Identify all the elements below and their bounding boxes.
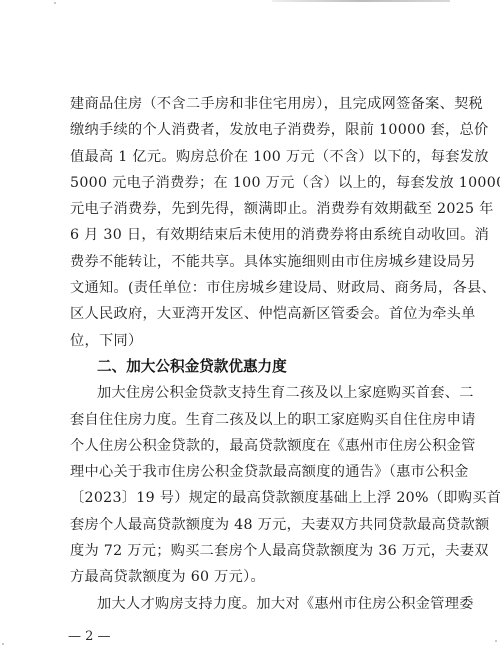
document-page: 建商品住房（不含二手房和非住宅用房），且完成网签备案、契税 缴纳手续的个人消费者…	[70, 91, 452, 617]
text-line: 6 月 30 日，有效期结束后未使用的消费券将由系统自动收回。消	[70, 222, 452, 248]
text-line: 加大住房公积金贷款支持生育二孩及以上家庭购买首套、二	[70, 380, 452, 406]
text-line: 方最高贷款额度为 60 万元）。	[70, 564, 452, 590]
text-line: 理中心关于我市住房公积金贷款最高额度的通告》（惠市公积金	[70, 459, 452, 485]
text-line: 个人住房公积金贷款的，最高贷款额度在《惠州市住房公积金管	[70, 433, 452, 459]
text-line: 建商品住房（不含二手房和非住宅用房），且完成网签备案、契税	[70, 91, 452, 117]
scan-edge-artifact	[272, 0, 450, 2]
paragraph-consumption-voucher: 建商品住房（不含二手房和非住宅用房），且完成网签备案、契税 缴纳手续的个人消费者…	[70, 91, 452, 354]
text-line: 加大人才购房支持力度。加大对《惠州市住房公积金管理委	[70, 591, 452, 617]
text-line: 费券不能转让，不能共享。具体实施细则由市住房城乡建设局另	[70, 249, 452, 275]
text-line: 区人民政府，大亚湾开发区、仲恺高新区管委会。首位为牵头单	[70, 301, 452, 327]
text-line: 套房个人最高贷款额度为 48 万元，夫妻双方共同贷款最高贷款额	[70, 512, 452, 538]
scan-speck	[495, 640, 497, 642]
paragraph-provident-fund-loan: 加大住房公积金贷款支持生育二孩及以上家庭购买首套、二 套自住住房力度。生育二孩及…	[70, 380, 452, 590]
section-heading: 二、加大公积金贷款优惠力度	[70, 354, 452, 380]
text-line: 值最高 1 亿元。购房总价在 100 万元（不含）以下的，每套发放	[70, 144, 452, 170]
text-line: 缴纳手续的个人消费者，发放电子消费券，限前 10000 套，总价	[70, 117, 452, 143]
text-line: 套自住住房力度。生育二孩及以上的职工家庭购买自住住房申请	[70, 407, 452, 433]
text-line: 元电子消费券，先到先得，额满即止。消费券有效期截至 2025 年	[70, 196, 452, 222]
text-line: 5000 元电子消费券；在 100 万元（含）以上的，每套发放 10000	[70, 170, 452, 196]
paragraph-talent-housing: 加大人才购房支持力度。加大对《惠州市住房公积金管理委	[70, 591, 452, 617]
text-line: 〔2023〕19 号）规定的最高贷款额度基础上上浮 20%（即购买首	[70, 485, 452, 511]
scan-speck	[54, 2, 56, 4]
text-line: 文通知。(责任单位：市住房城乡建设局、财政局、商务局，各县、	[70, 275, 452, 301]
scan-speck	[2, 643, 4, 645]
text-line: 度为 72 万元；购买二套房个人最高贷款额度为 36 万元，夫妻双	[70, 538, 452, 564]
text-line: 位，下同）	[70, 328, 452, 354]
page-number: — 2 —	[68, 629, 111, 644]
